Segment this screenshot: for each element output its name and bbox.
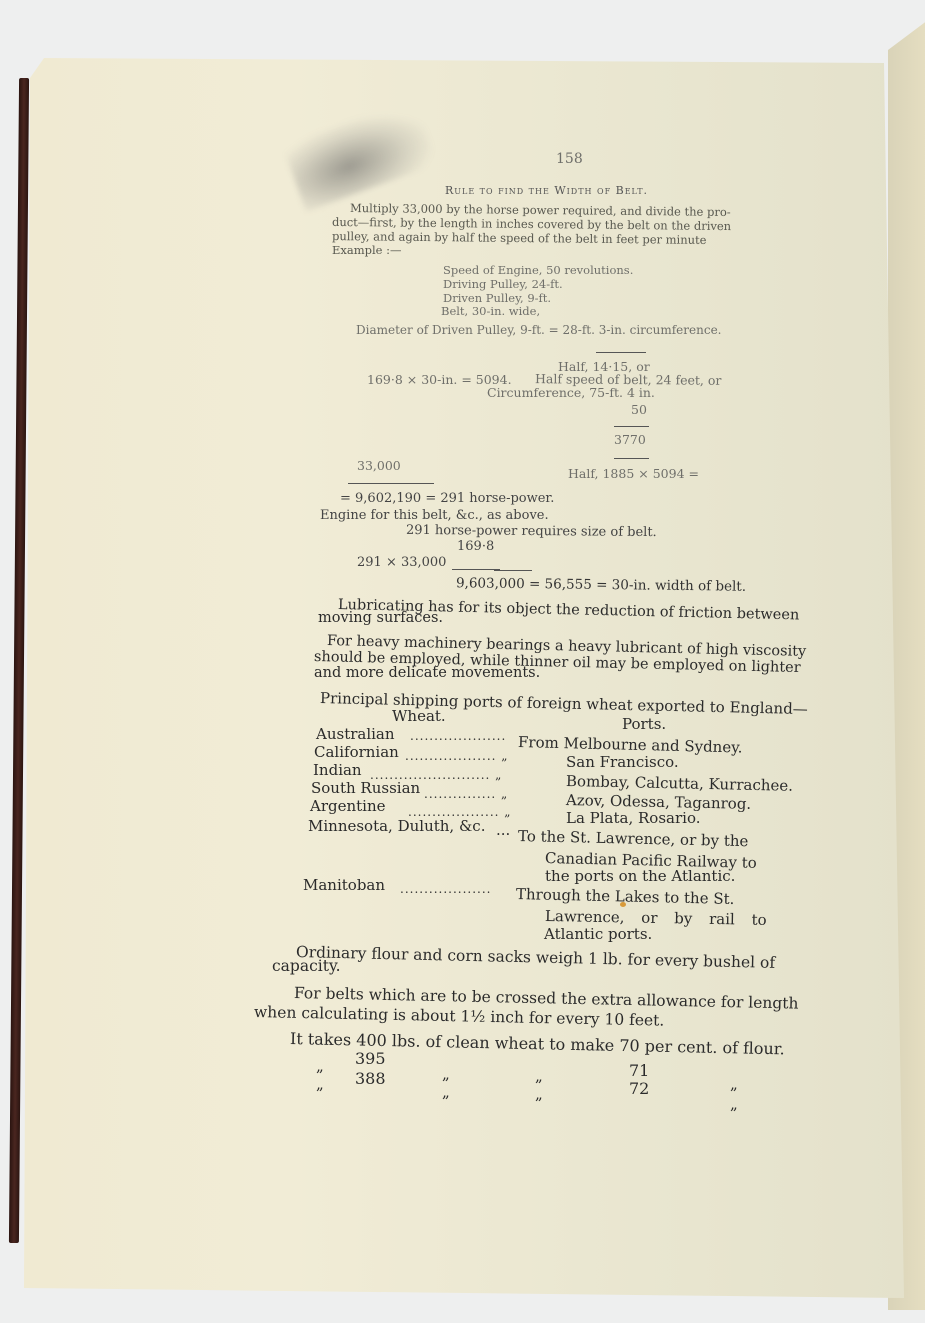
page-number: 158: [556, 152, 583, 167]
leader-dots: ...: [496, 822, 510, 839]
port-continuation: Atlantic ports.: [544, 926, 652, 943]
fraction-bar: [452, 569, 500, 570]
port-continuation: the ports on the Atlantic.: [545, 868, 735, 885]
calc-numerator: 33,000: [357, 459, 401, 473]
ditto-mark: „: [316, 1076, 324, 1093]
calc-circumference: Circumference, 75-ft. 4 in.: [487, 386, 655, 400]
ditto-mark: „: [316, 1058, 324, 1075]
ports-header-ports: Ports.: [622, 716, 666, 733]
rule-line: [614, 458, 649, 459]
leader-dots: ....................: [410, 730, 506, 743]
sacks-line-2: capacity.: [272, 958, 341, 975]
fraction-bar: [494, 570, 532, 571]
ditto-mark: „: [442, 1084, 450, 1101]
port-name: La Plata, Rosario.: [566, 810, 700, 827]
wheat-type: Minnesota, Duluth, &c.: [308, 818, 485, 835]
example-driven-pulley: Driven Pulley, 9-ft.: [443, 292, 551, 305]
calc-divisor: 169·8: [457, 540, 494, 554]
calc-hp-requires: 291 horse-power requires size of belt.: [406, 524, 657, 540]
lbs-value: 388: [355, 1070, 386, 1088]
machinery-line-3: and more delicate movements.: [314, 666, 540, 682]
ditto-mark: „: [730, 1076, 738, 1093]
calc-result-hp: = 9,602,190 = 291 horse-power.: [340, 492, 554, 506]
lbs-value: 395: [355, 1050, 386, 1068]
calc-hp-product: 291 × 33,000: [357, 556, 446, 570]
leader-dots: ............... „: [424, 788, 508, 801]
ports-header-wheat: Wheat.: [392, 708, 446, 725]
ditto-mark: „: [730, 1096, 738, 1113]
rule-line: [596, 352, 646, 353]
calc-total: 3770: [614, 433, 646, 447]
example-driving-pulley: Driving Pulley, 24-ft.: [443, 278, 563, 291]
wheat-type: Californian: [314, 744, 399, 761]
calc-half-product: Half, 1885 × 5094 =: [568, 467, 699, 481]
port-name: San Francisco.: [566, 754, 679, 771]
wheat-type: Australian: [316, 726, 395, 743]
ditto-mark: „: [535, 1086, 543, 1103]
wheat-type: Manitoban: [303, 877, 385, 894]
wheat-type: South Russian: [311, 780, 420, 797]
example-diameter: Diameter of Driven Pulley, 9-ft. = 28-ft…: [356, 324, 721, 337]
ink-spot: [620, 902, 626, 907]
lubrication-line-2: moving surfaces.: [318, 611, 443, 627]
rule-line: [614, 426, 649, 427]
pct-value: 71: [629, 1062, 649, 1080]
ditto-mark: „: [442, 1066, 450, 1083]
leader-dots: ................... „: [405, 750, 509, 763]
leader-dots: ...................: [400, 883, 491, 896]
pct-value: 72: [629, 1080, 649, 1098]
wheat-type: Argentine: [310, 798, 386, 815]
example-speed: Speed of Engine, 50 revolutions.: [443, 264, 633, 277]
calc-fifty: 50: [631, 403, 647, 417]
rule-line-4: Example :—: [332, 244, 402, 257]
wheat-type: Indian: [313, 762, 362, 779]
ditto-mark: „: [535, 1068, 543, 1085]
calc-engine-note: Engine for this belt, &c., as above.: [320, 509, 549, 523]
example-belt: Belt, 30-in. wide,: [441, 305, 540, 318]
section-heading: Rule to find the Width of Belt.: [445, 185, 648, 197]
fraction-bar: [348, 483, 434, 484]
